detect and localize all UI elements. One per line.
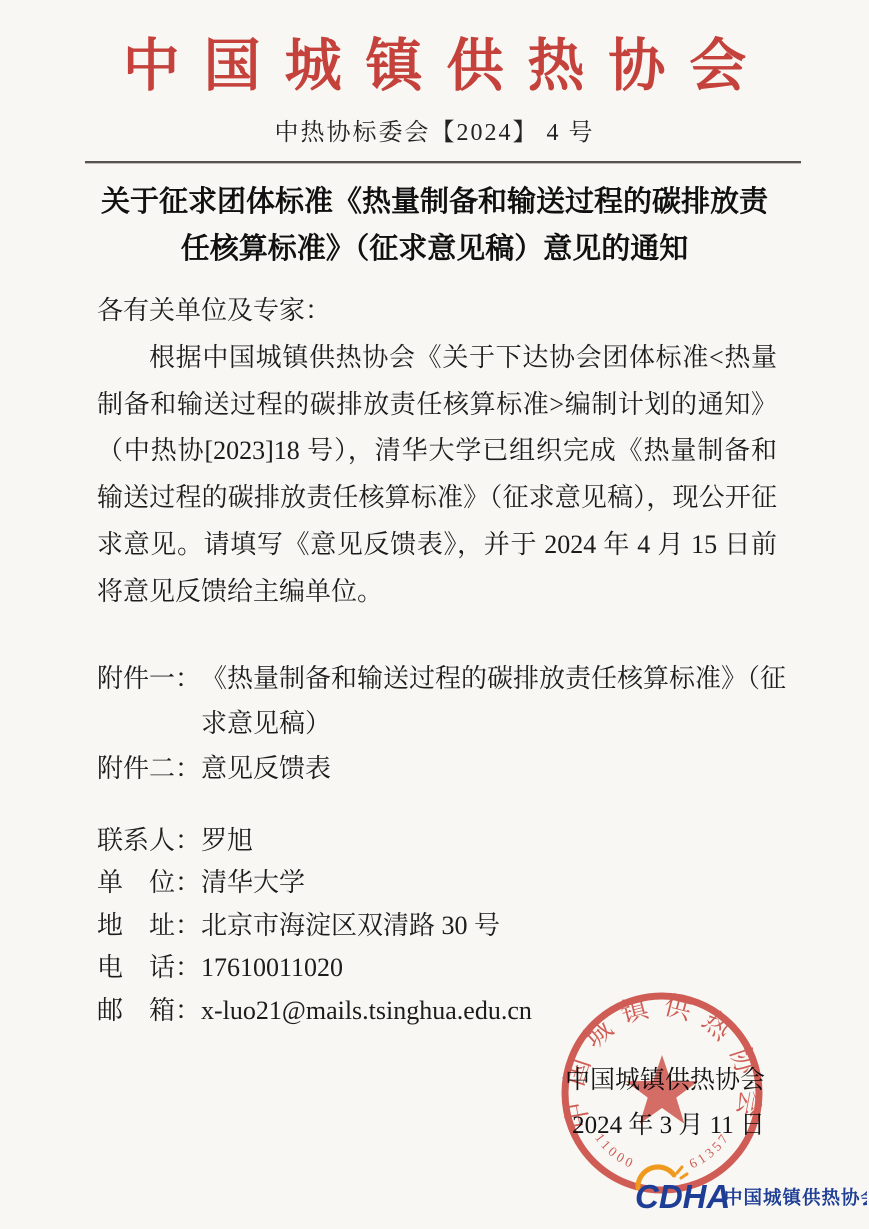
contact-email: x-luo21@mails.tsinghua.edu.cn xyxy=(201,990,532,1032)
logo-name: 中国城镇供热协会 xyxy=(724,1187,867,1208)
contact-row: 联系人： 罗旭 xyxy=(97,820,717,862)
letterhead-org-name: 中国城镇供热协会 xyxy=(0,20,869,102)
attachment-item: 附件二： 意见反馈表 xyxy=(97,746,791,791)
header-divider xyxy=(85,161,801,163)
body-paragraph: 根据中国城镇供热协会《关于下达协会团体标准<热量制备和输送过程的碳排放责任核算标… xyxy=(97,335,777,616)
contact-person: 罗旭 xyxy=(201,820,253,862)
body-section: 各有关单位及专家： 根据中国城镇供热协会《关于下达协会团体标准<热量制备和输送过… xyxy=(97,288,777,616)
salutation: 各有关单位及专家： xyxy=(97,288,777,335)
logo-ray-icon xyxy=(677,1167,682,1173)
attachment-item: 附件一： 《热量制备和输送过程的碳排放责任核算标准》（征求意见稿） xyxy=(97,656,791,746)
notice-title: 关于征求团体标准《热量制备和输送过程的碳排放责任核算标准》（征求意见稿）意见的通… xyxy=(95,179,775,273)
contact-label: 单 位： xyxy=(97,862,201,904)
cdha-logo: CDHA 中国城镇供热协会 xyxy=(627,1162,867,1220)
document-page: 中国城镇供热协会 中热协标委会【2024】 4 号 关于征求团体标准《热量制备和… xyxy=(0,0,869,1229)
contact-label: 电 话： xyxy=(97,947,201,989)
contact-label: 邮 箱： xyxy=(97,990,201,1032)
contact-phone: 17610011020 xyxy=(201,947,343,989)
attachments-section: 附件一： 《热量制备和输送过程的碳排放责任核算标准》（征求意见稿） 附件二： 意… xyxy=(97,656,791,791)
document-number: 中热协标委会【2024】 4 号 xyxy=(0,112,869,147)
contact-row: 单 位： 清华大学 xyxy=(97,862,717,904)
contact-label: 联系人： xyxy=(97,820,201,862)
logo-abbr: CDHA xyxy=(635,1178,730,1215)
contact-organization: 清华大学 xyxy=(201,862,305,904)
contact-label: 地 址： xyxy=(97,905,201,947)
signature-date: 2024 年 3 月 11 日 xyxy=(565,1103,765,1148)
contact-address: 北京市海淀区双清路 30 号 xyxy=(201,905,500,947)
contact-section: 联系人： 罗旭 单 位： 清华大学 地 址： 北京市海淀区双清路 30 号 电 … xyxy=(97,820,717,1032)
contact-row: 地 址： 北京市海淀区双清路 30 号 xyxy=(97,905,717,947)
signature-block: 中国城镇供热协会 2024 年 3 月 11 日 xyxy=(565,1058,765,1148)
contact-row: 邮 箱： x-luo21@mails.tsinghua.edu.cn xyxy=(97,990,717,1032)
attachment-text: 意见反馈表 xyxy=(201,746,331,791)
attachment-label: 附件二： xyxy=(97,746,201,791)
signature-org: 中国城镇供热协会 xyxy=(565,1058,765,1103)
attachment-text: 《热量制备和输送过程的碳排放责任核算标准》（征求意见稿） xyxy=(201,656,787,746)
attachment-label: 附件一： xyxy=(97,656,201,701)
contact-row: 电 话： 17610011020 xyxy=(97,947,717,989)
